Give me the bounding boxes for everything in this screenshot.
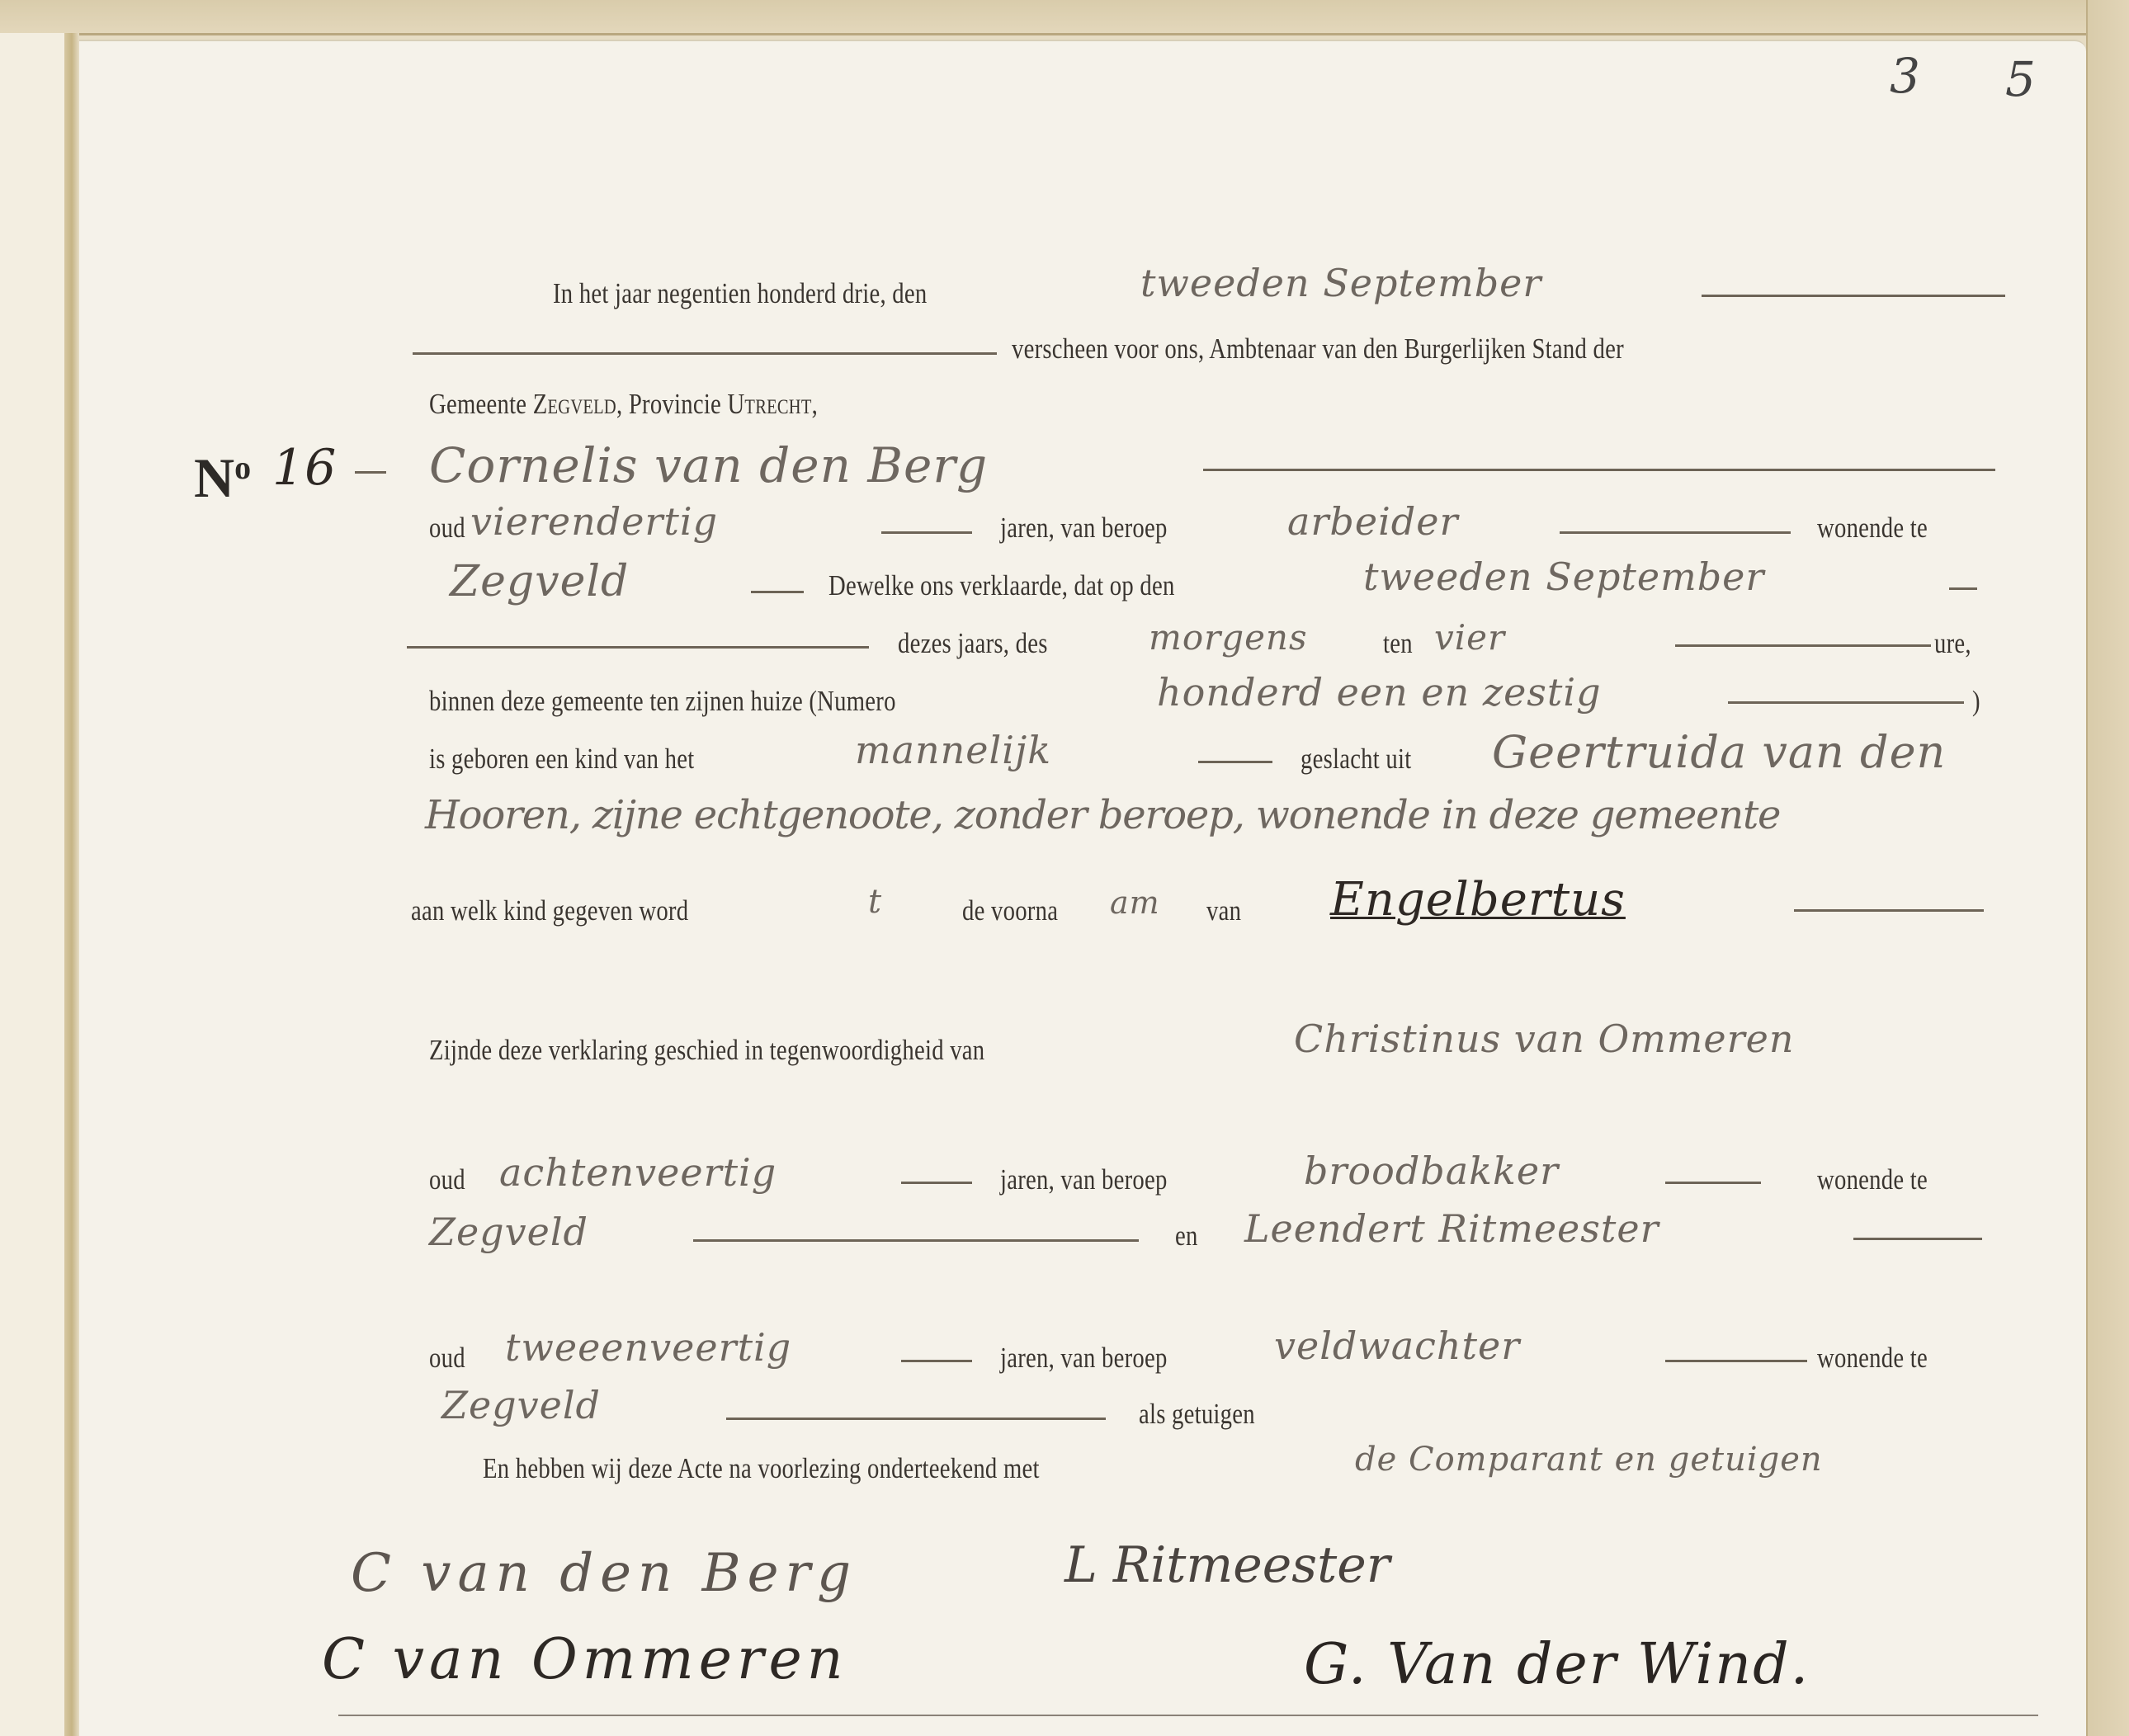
province: Utrecht <box>727 388 811 420</box>
fill-line <box>1794 909 1984 912</box>
label-oud: oud <box>429 1163 465 1196</box>
fill-line <box>1665 1182 1761 1184</box>
witness2-age: tweeenveertig <box>505 1325 791 1370</box>
label-oud: oud <box>429 512 465 545</box>
declarant-name: Cornelis van den Berg <box>429 437 988 493</box>
birth-date: tweeden September <box>1363 554 1764 599</box>
fill-line <box>1728 701 1964 704</box>
signature-witness-van-ommeren: C van Ommeren <box>322 1627 848 1692</box>
child-first-name: Engelbertus <box>1330 873 1626 927</box>
dash <box>355 471 386 474</box>
label-witnesses: als getuigen <box>1139 1398 1255 1431</box>
signed-by: de Comparant en getuigen <box>1355 1441 1823 1479</box>
fill-line <box>407 646 869 649</box>
fill-line <box>881 531 972 534</box>
label-residing: wonende te <box>1817 1342 1928 1375</box>
fill-line <box>413 352 997 355</box>
mother-details: Hooren, zijne echtgenoote, zonder beroep… <box>425 792 1780 838</box>
book-top-edge <box>0 0 2129 35</box>
declared-text: Dewelke ons verklaarde, dat op den <box>828 569 1175 602</box>
left-page-edge <box>0 33 64 1736</box>
label-residing: wonende te <box>1817 1163 1928 1196</box>
witness1-name: Christinus van Ommeren <box>1294 1017 1794 1061</box>
book-right-edge <box>2086 0 2129 1736</box>
fill-line <box>1702 295 2005 297</box>
label-oud: oud <box>429 1342 465 1375</box>
fill-line <box>1665 1360 1807 1362</box>
municipality: Zegveld <box>533 388 616 420</box>
label-mother: geslacht uit <box>1301 743 1411 776</box>
hand-t: t <box>868 883 882 921</box>
label-ure: ure, <box>1934 627 1971 660</box>
label-en: en <box>1175 1219 1198 1252</box>
hand-am: am <box>1110 885 1160 921</box>
fill-line <box>693 1239 1139 1242</box>
corner-mark-5: 5 <box>2005 51 2036 107</box>
signature-witness-ritmeester: L Ritmeester <box>1064 1536 1390 1594</box>
declarant-residence: Zegveld <box>450 557 629 606</box>
child-sex: mannelijk <box>855 728 1051 772</box>
corner-mark-3: 3 <box>1890 48 1920 104</box>
birth-hour: vier <box>1434 617 1505 658</box>
label-residing: wonende te <box>1817 512 1928 545</box>
label-occupation: jaren, van beroep <box>1000 1342 1168 1375</box>
witness2-name: Leendert Ritmeester <box>1244 1206 1659 1251</box>
fill-line <box>1203 469 1995 471</box>
signature-father: C van den Berg <box>351 1543 857 1604</box>
fill-line <box>726 1418 1106 1420</box>
label-van: van <box>1206 894 1241 927</box>
witness1-age: achtenveertig <box>499 1150 777 1195</box>
fill-line <box>1560 531 1791 534</box>
intro-text: In het jaar negentien honderd drie, den <box>553 277 927 310</box>
given-name-text: aan welk kind gegeven word <box>411 894 688 927</box>
declarant-age: vierendertig <box>470 499 718 544</box>
label-occupation: jaren, van beroep <box>1000 512 1168 545</box>
book-gutter <box>64 33 79 1736</box>
fill-line <box>751 591 804 593</box>
mother-name: Geertruida van den <box>1492 726 1946 778</box>
certificate-number: 16 <box>272 439 337 497</box>
declarant-occupation: arbeider <box>1287 499 1458 544</box>
signature-registrar: G. Van der Wind. <box>1304 1632 1810 1697</box>
dash <box>1949 587 1977 590</box>
registration-date: tweeden September <box>1140 261 1541 305</box>
born-text: is geboren een kind van het <box>429 743 694 776</box>
bottom-rule <box>338 1715 2038 1716</box>
fill-line <box>1853 1238 1982 1240</box>
label-voornaam: de voorna <box>962 894 1058 927</box>
witness-intro: Zijnde deze verklaring geschied in tegen… <box>429 1034 984 1067</box>
appeared-text: verscheen voor ons, Ambtenaar van den Bu… <box>1012 333 1624 366</box>
fill-line <box>901 1182 972 1184</box>
label-time-of-day: dezes jaars, des <box>898 627 1048 660</box>
time-of-day: morgens <box>1149 617 1308 658</box>
fill-line <box>1675 644 1931 647</box>
witness2-residence: Zegveld <box>441 1383 601 1427</box>
witness1-occupation: broodbakker <box>1304 1149 1559 1193</box>
label-ten: ten <box>1383 627 1413 660</box>
paren-close: ) <box>1972 685 1980 718</box>
witness1-residence: Zegveld <box>429 1210 588 1254</box>
house-number: honderd een en zestig <box>1157 670 1602 715</box>
house-text: binnen deze gemeente ten zijnen huize (N… <box>429 685 896 718</box>
certificate-number-label: No <box>194 446 251 511</box>
witness2-occupation: veldwachter <box>1274 1323 1520 1368</box>
label-occupation: jaren, van beroep <box>1000 1163 1168 1196</box>
fill-line <box>901 1360 972 1362</box>
signed-text: En hebben wij deze Acte na voorlezing on… <box>483 1452 1040 1485</box>
municipality-line: Gemeente Zegveld, Provincie Utrecht, <box>429 388 818 421</box>
fill-line <box>1198 761 1272 763</box>
